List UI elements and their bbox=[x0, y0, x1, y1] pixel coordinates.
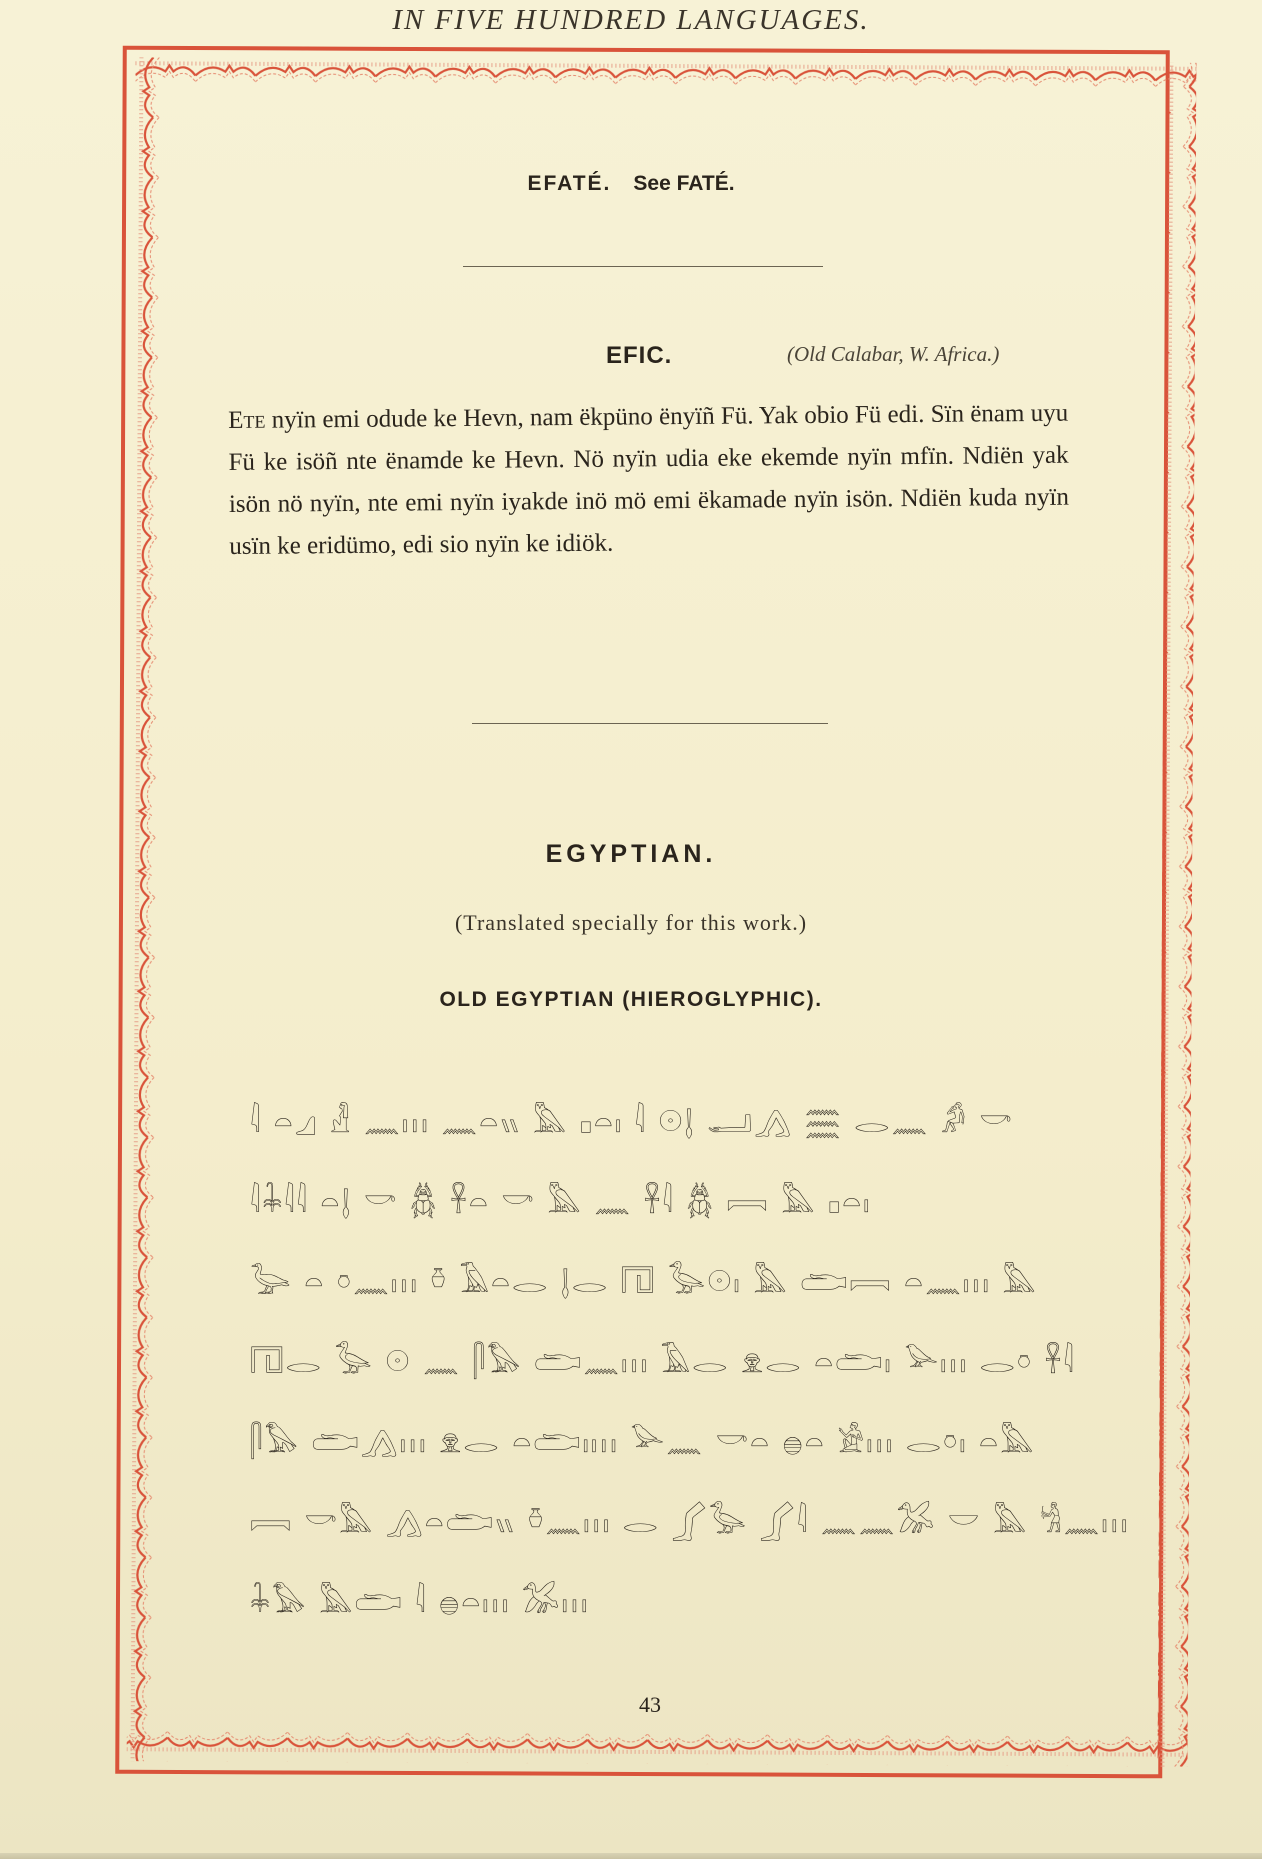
old-egyptian-heading: OLD EGYPTIAN (HIEROGLYPHIC). bbox=[0, 988, 1262, 1012]
efic-origin: (Old Calabar, W. Africa.) bbox=[787, 342, 999, 367]
efic-title: EFIC. bbox=[606, 342, 672, 370]
hieroglyph-line: 𓇋𓇓𓇋𓇋 𓏏𓊤 𓎡 𓆣 𓋹𓏏 𓎡 𓅓 𓈖 𓋹𓇋 𓆣 𓇯 𓅓 𓊪𓏏𓏤 bbox=[250, 1188, 871, 1218]
page-content: EFATÉ.See FATÉ. EFIC. (Old Calabar, W. A… bbox=[0, 0, 1262, 1859]
hieroglyph-row: 𓇯 𓎡𓅓 𓂻𓏏𓂧𓏭 𓏊𓈖𓏥 𓂋 𓂾𓅭 𓂾𓇋 𓈖𓈖𓅮 𓎟 𓅓 𓀜𓈖𓏥 bbox=[250, 1468, 1090, 1538]
efate-cross-reference: See FATÉ. bbox=[633, 172, 734, 195]
section-divider bbox=[463, 266, 823, 267]
egyptian-title: EGYPTIAN. bbox=[0, 840, 1262, 869]
hieroglyph-line: 𓇋 𓏏𓈎 𓁐 𓈖𓏥 𓈖𓏏𓏭 𓅓 𓊪𓏏𓏤 𓇋 𓇳𓊤 𓂝𓂻 𓈗 𓂋𓈖 𓀔 𓎡 bbox=[250, 1108, 1014, 1138]
hieroglyph-row: 𓇋𓇓𓇋𓇋 𓏏𓊤 𓎡 𓆣 𓋹𓏏 𓎡 𓅓 𓈖 𓋹𓇋 𓆣 𓇯 𓅓 𓊪𓏏𓏤 bbox=[250, 1148, 1090, 1218]
hieroglyph-line: 𓋴𓅃 𓂧𓂻𓏥 𓁷𓂋 𓏏𓂧𓏤𓏥 𓅪𓈖 𓎡𓏏 𓐍𓏏 𓀀𓏥 𓂋𓏌𓏤 𓏏𓅓 bbox=[250, 1428, 1036, 1458]
page-number: 43 bbox=[0, 1692, 1262, 1718]
page-bottom-edge bbox=[0, 1853, 1262, 1859]
hieroglyph-row: 𓉔𓂋 𓅭 𓇳 𓈖 𓋴𓅃 𓂧𓈖𓏥 𓄿𓂋 𓁷𓂋 𓏏𓂧𓏤 𓅪𓏥 𓂋𓏌 𓋹𓇋 bbox=[250, 1308, 1090, 1378]
egyptian-subtitle: (Translated specially for this work.) bbox=[0, 910, 1262, 936]
hieroglyphic-text: 𓇋 𓏏𓈎 𓁐 𓈖𓏥 𓈖𓏏𓏭 𓅓 𓊪𓏏𓏤 𓇋 𓇳𓊤 𓂝𓂻 𓈗 𓂋𓈖 𓀔 𓎡 𓇋𓇓𓇋… bbox=[250, 1068, 1090, 1628]
hieroglyph-row: 𓇋 𓏏𓈎 𓁐 𓈖𓏥 𓈖𓏏𓏭 𓅓 𓊪𓏏𓏤 𓇋 𓇳𓊤 𓂝𓂻 𓈗 𓂋𓈖 𓀔 𓎡 bbox=[250, 1068, 1090, 1138]
efic-body: nyïn emi odude ke Hevn, nam ëkpüno ënyïñ… bbox=[228, 400, 1069, 560]
hieroglyph-line: 𓅬 𓏏 𓏌𓈖𓏥 𓏊 𓄿𓏏𓂋 𓊤𓂋 𓉔 𓅭𓇳𓏤 𓅓 𓂧𓇯 𓏏𓈖𓏥 𓅓 bbox=[250, 1268, 1038, 1298]
efate-heading: EFATÉ.See FATÉ. bbox=[0, 172, 1262, 196]
hieroglyph-line: 𓇓𓅃 𓅓𓂧 𓇋 𓐍𓏏𓏥 𓅮𓏥 bbox=[250, 1588, 589, 1618]
hieroglyph-line: 𓉔𓂋 𓅭 𓇳 𓈖 𓋴𓅃 𓂧𓈖𓏥 𓄿𓂋 𓁷𓂋 𓏏𓂧𓏤 𓅪𓏥 𓂋𓏌 𓋹𓇋 bbox=[250, 1348, 1076, 1378]
efic-lords-prayer-text: Ete nyïn emi odude ke Hevn, nam ëkpüno ë… bbox=[228, 393, 1069, 568]
hieroglyph-line: 𓇯 𓎡𓅓 𓂻𓏏𓂧𓏭 𓏊𓈖𓏥 𓂋 𓂾𓅭 𓂾𓇋 𓈖𓈖𓅮 𓎟 𓅓 𓀜𓈖𓏥 bbox=[250, 1508, 1129, 1538]
hieroglyph-row: 𓅬 𓏏 𓏌𓈖𓏥 𓏊 𓄿𓏏𓂋 𓊤𓂋 𓉔 𓅭𓇳𓏤 𓅓 𓂧𓇯 𓏏𓈖𓏥 𓅓 bbox=[250, 1228, 1090, 1298]
section-divider bbox=[472, 723, 828, 724]
efate-title: EFATÉ. bbox=[527, 172, 611, 195]
efic-first-word: Ete bbox=[228, 407, 265, 434]
hieroglyph-row: 𓇓𓅃 𓅓𓂧 𓇋 𓐍𓏏𓏥 𓅮𓏥 bbox=[250, 1548, 1090, 1618]
hieroglyph-row: 𓋴𓅃 𓂧𓂻𓏥 𓁷𓂋 𓏏𓂧𓏤𓏥 𓅪𓈖 𓎡𓏏 𓐍𓏏 𓀀𓏥 𓂋𓏌𓏤 𓏏𓅓 bbox=[250, 1388, 1090, 1458]
